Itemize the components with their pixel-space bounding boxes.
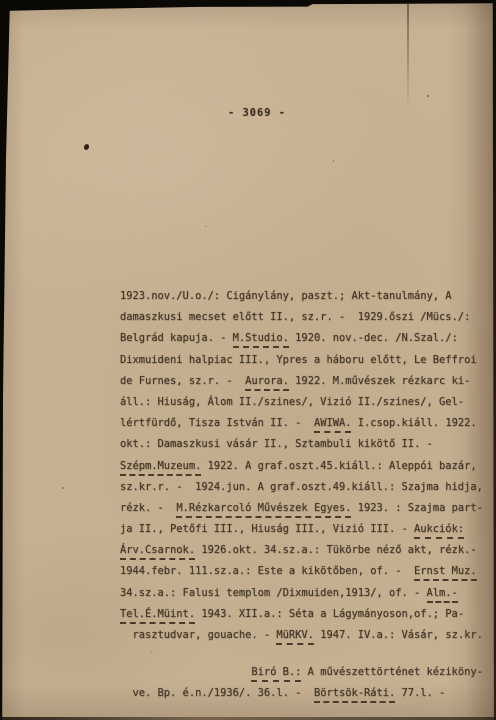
text-segment: 1926.okt. 34.sz.a.: Tükörbe néző akt, ré…: [195, 544, 477, 556]
text-segment: 1920. nov.-dec. /N.Szal./:: [289, 332, 458, 344]
text-line: sz.kr.r. - 1924.jun. A graf.oszt.49.kiál…: [120, 477, 490, 498]
catalog-entry-text: 1923.nov./U.o./: Cigánylány, paszt.; Akt…: [120, 286, 490, 705]
text-segment: 1944.febr. 111.sz.a.: Este a kikötőben, …: [120, 565, 414, 577]
ink-speck: [333, 160, 334, 162]
text-segment: 1922. A graf.oszt.45.kiáll.: Aleppói baz…: [201, 460, 476, 472]
underlined-text: Börtsök-Ráti.: [314, 687, 395, 703]
underlined-text: M.Rézkarcoló Művészek Egyes.: [176, 502, 351, 518]
ink-speck: [150, 652, 152, 653]
text-segment: I.csop.kiáll. 1922.: [351, 417, 476, 429]
ink-speck: [205, 226, 207, 227]
page-number: - 3069 -: [228, 107, 286, 119]
text-line: lértfürdő, Tisza István II. - AWIWA. I.c…: [120, 413, 490, 434]
text-line: damaszkusi mecset előtt II., sz.r. - 192…: [120, 307, 490, 328]
underlined-text: Árv.Csarnok.: [120, 544, 195, 560]
underlined-text: Aurora.: [245, 375, 289, 391]
text-segment: sz.kr.r. - 1924.jun. A graf.oszt.49.kiál…: [120, 481, 483, 493]
text-line: rézk. - M.Rézkarcoló Művészek Egyes. 192…: [120, 498, 490, 519]
underlined-text: MüRKV.: [276, 629, 314, 645]
text-segment: 1922. M.művészek rézkarc ki-: [289, 375, 470, 387]
text-line: ve. Bp. é.n./1936/. 36.l. - Börtsök-Ráti…: [120, 683, 490, 704]
text-segment: Dixmuideni halpiac III., Ypres a háboru …: [120, 354, 477, 366]
ink-speck: [427, 95, 429, 97]
text-line: 34.sz.a.: Falusi templom /Dixmuiden,1913…: [120, 583, 490, 604]
scan-edge-top: [0, 0, 496, 11]
text-line: Szépm.Muzeum. 1922. A graf.oszt.45.kiáll…: [120, 456, 490, 477]
text-line: 1944.febr. 111.sz.a.: Este a kikötőben, …: [120, 561, 490, 582]
text-line: Dixmuideni halpiac III., Ypres a háboru …: [120, 350, 490, 371]
text-segment: rasztudvar, gouache. -: [120, 629, 276, 641]
scan-edge-left: [0, 0, 10, 720]
underlined-text: M.Studio.: [233, 332, 289, 348]
text-line: ja II., Petőfi III., Hiuság III., Vizió …: [120, 519, 490, 540]
underlined-text: Ernst Muz.: [414, 565, 477, 581]
underlined-text: Tel.É.Müint.: [120, 608, 195, 624]
underlined-text: Szépm.Muzeum.: [120, 460, 201, 476]
text-segment: damaszkusi mecset előtt II., sz.r. - 192…: [120, 311, 470, 323]
bibliography-reference: Biró B.: A művészettörténet kéziköny- ve…: [120, 662, 490, 704]
text-line: Árv.Csarnok. 1926.okt. 34.sz.a.: Tükörbe…: [120, 540, 490, 561]
underlined-text: Biró B.:: [251, 666, 301, 682]
text-line: Belgrád kapuja. - M.Studio. 1920. nov.-d…: [120, 328, 490, 349]
scan-edge-right: [491, 0, 496, 720]
paper-fold-shadow: [407, 4, 409, 109]
text-segment: 1943. XII.a.: Séta a Lágymányoson,of.; P…: [195, 608, 464, 620]
ink-speck: [62, 487, 64, 489]
text-segment: Belgrád kapuja. -: [120, 332, 233, 344]
text-segment: A művészettörténet kéziköny-: [301, 666, 482, 678]
text-segment: 1923. : Szajma part-: [351, 502, 482, 514]
text-segment: 1947. IV.a.: Vásár, sz.kr.: [314, 629, 483, 641]
catalog-entry-lines: 1923.nov./U.o./: Cigánylány, paszt.; Akt…: [120, 286, 490, 646]
text-segment: lértfürdő, Tisza István II. -: [120, 417, 314, 429]
text-line: Tel.É.Müint. 1943. XII.a.: Séta a Lágymá…: [120, 604, 490, 625]
text-segment: áll.: Hiuság, Álom II./szines/, Vizió II…: [120, 396, 464, 408]
text-segment: rézk. -: [120, 502, 176, 514]
text-line: okt.: Damaszkusi vásár II., Sztambuli ki…: [120, 434, 490, 455]
text-line: Biró B.: A művészettörténet kéziköny-: [120, 662, 490, 683]
text-segment: 1923.nov./U.o./: Cigánylány, paszt.; Akt…: [120, 290, 452, 302]
text-segment: okt.: Damaszkusi vásár II., Sztambuli ki…: [120, 438, 433, 450]
underlined-text: Alm.-: [427, 587, 458, 603]
text-segment: ve. Bp. é.n./1936/. 36.l. -: [120, 687, 314, 699]
text-line: áll.: Hiuság, Álom II./szines/, Vizió II…: [120, 392, 490, 413]
ink-speck: [83, 143, 90, 151]
text-line: rasztudvar, gouache. - MüRKV. 1947. IV.a…: [120, 625, 490, 646]
underlined-text: AWIWA.: [314, 417, 352, 433]
text-line: de Furnes, sz.r. - Aurora. 1922. M.művés…: [120, 371, 490, 392]
text-segment: ja II., Petőfi III., Hiuság III., Vizió …: [120, 523, 414, 535]
scanned-page: - 3069 - 1923.nov./U.o./: Cigánylány, pa…: [0, 0, 496, 720]
underlined-text: Aukciók:: [414, 523, 464, 539]
text-segment: [120, 666, 251, 678]
text-line: 1923.nov./U.o./: Cigánylány, paszt.; Akt…: [120, 286, 490, 307]
text-segment: 77.l. -: [395, 687, 445, 699]
text-segment: 34.sz.a.: Falusi templom /Dixmuiden,1913…: [120, 587, 427, 599]
paragraph-gap: [120, 646, 490, 662]
text-segment: de Furnes, sz.r. -: [120, 375, 245, 387]
